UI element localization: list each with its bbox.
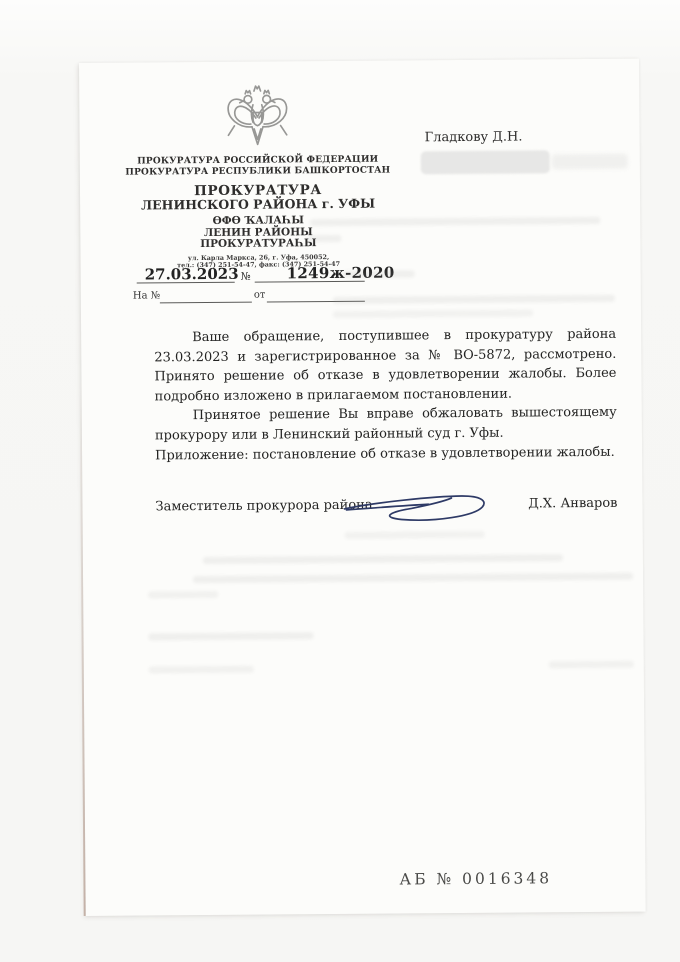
form-serial-number: АБ № 0016348 [399,869,552,888]
addressee-name: Гладкову Д.Н. [425,130,523,146]
russian-coat-of-arms-icon [107,80,408,156]
incoming-number-blank [160,302,252,304]
bleedthrough-mark [310,217,600,226]
date-underline [137,282,235,284]
document-page: ПРОКУРАТУРА РОССИЙСКОЙ ФЕДЕРАЦИИ ПРОКУРА… [79,59,646,916]
letter-body: Ваше обращение, поступившее в прокуратур… [154,325,617,446]
bleedthrough-mark [193,573,633,583]
org-name-republic: ПРОКУРАТУРА РЕСПУБЛИКИ БАШКОРТОСТАН [108,165,408,178]
handwritten-signature [338,486,490,535]
bleedthrough-mark [333,295,615,304]
dept-bashkir-line3: ПРОКУРАТУРАҺЫ [108,237,408,251]
letterhead: ПРОКУРАТУРА РОССИЙСКОЙ ФЕДЕРАЦИИ ПРОКУРА… [107,80,408,270]
incoming-date-label: от [254,290,266,301]
number-sign: № [241,271,251,283]
bleedthrough-mark [307,235,341,242]
redacted-address-block [421,150,550,174]
bleedthrough-mark [333,309,533,318]
bleedthrough-mark [345,531,485,539]
bleedthrough-mark [549,661,634,669]
number-underline [255,281,365,283]
letter-date: 27.03.2023 [145,265,239,284]
incoming-number-label: На № [133,290,160,301]
attachment-line: Приложение: постановление об отказе в уд… [155,445,617,464]
dept-name-ru-2: ЛЕНИНСКОГО РАЙОНА г. УФЫ [108,196,408,211]
bleedthrough-mark [148,632,313,640]
bleedthrough-mark [343,270,415,278]
bleedthrough-mark [149,666,254,674]
body-paragraph-2: Принятое решение Вы вправе обжаловать вы… [155,403,617,446]
bleedthrough-mark [148,591,218,599]
bleedthrough-mark [203,554,563,564]
body-paragraph-1: Ваше обращение, поступившее в прокуратур… [154,325,617,407]
signatory-name: Д.Х. Анваров [520,496,617,512]
redacted-address-block-faint [552,154,628,170]
scan-background: ПРОКУРАТУРА РОССИЙСКОЙ ФЕДЕРАЦИИ ПРОКУРА… [0,0,680,962]
